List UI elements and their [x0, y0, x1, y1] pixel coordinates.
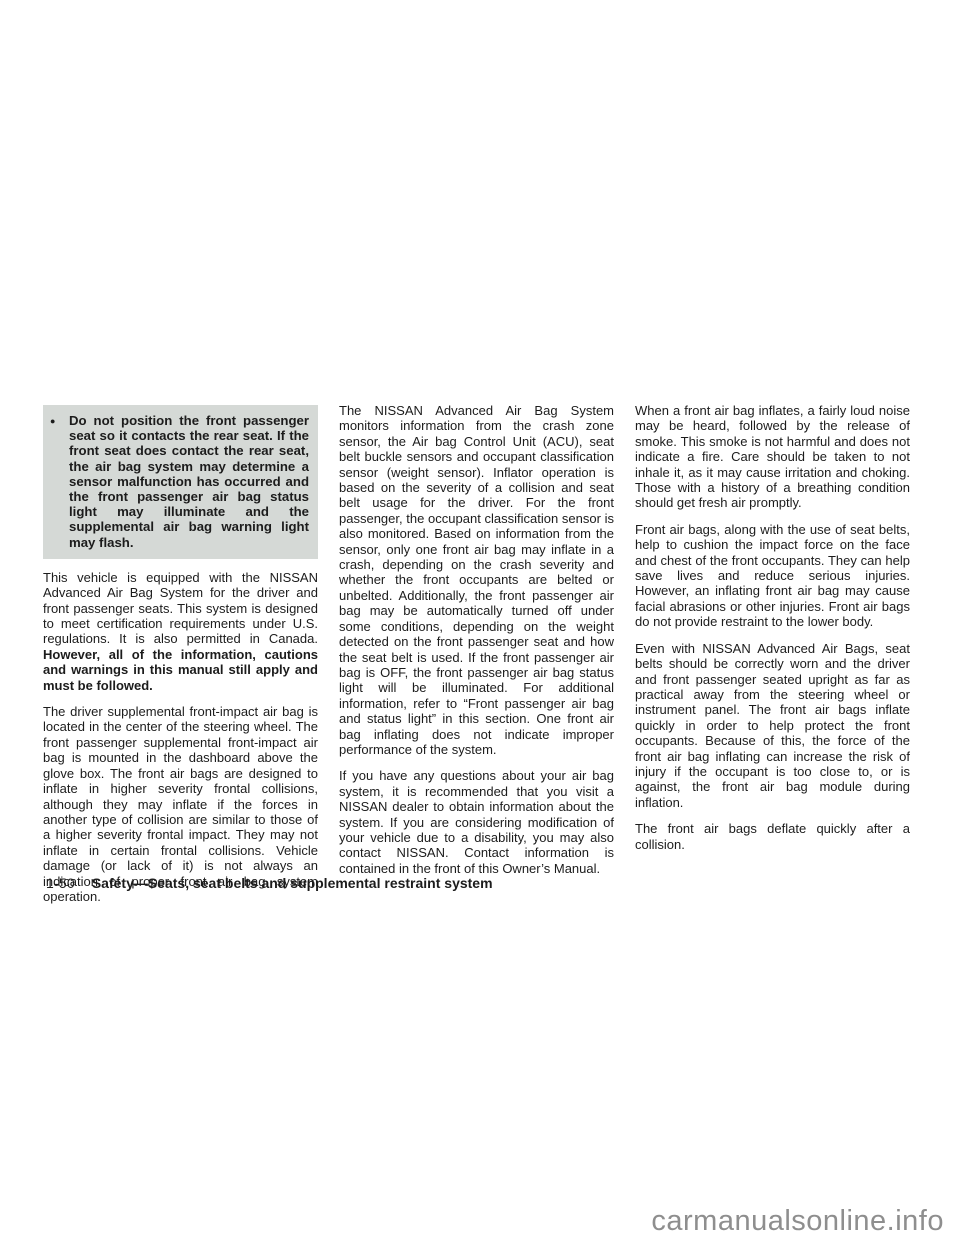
- footer-section-title: Safety—Seats, seat belts and supplementa…: [92, 875, 493, 891]
- body-paragraph: This vehicle is equipped with the NISSAN…: [43, 570, 318, 693]
- column-2: The NISSAN Advanced Air Bag System monit…: [339, 403, 614, 915]
- body-paragraph: The front air bags deflate quickly after…: [635, 821, 910, 852]
- column-3-paragraphs: When a front air bag inflates, a fairly …: [635, 403, 910, 852]
- bullet-icon: ●: [50, 413, 69, 550]
- column-2-paragraphs: The NISSAN Advanced Air Bag System monit…: [339, 403, 614, 876]
- body-paragraph: Front air bags, along with the use of se…: [635, 522, 910, 630]
- text-segment: Front air bags, along with the use of se…: [635, 522, 910, 629]
- manual-page: ● Do not position the front passenger se…: [0, 0, 960, 1242]
- column-3: When a front air bag inflates, a fairly …: [635, 403, 910, 915]
- footer: 1-50 Safety—Seats, seat belts and supple…: [46, 875, 493, 891]
- column-1: ● Do not position the front passenger se…: [43, 403, 318, 915]
- column-1-paragraphs: This vehicle is equipped with the NISSAN…: [43, 570, 318, 905]
- text-segment: The driver supplemental front-impact air…: [43, 704, 318, 904]
- text-segment: If you have any questions about your air…: [339, 768, 614, 875]
- body-paragraph: The NISSAN Advanced Air Bag System monit…: [339, 403, 614, 757]
- warning-box: ● Do not position the front passenger se…: [43, 405, 318, 559]
- body-paragraph: Even with NISSAN Advanced Air Bags, seat…: [635, 641, 910, 810]
- page-number: 1-50: [46, 875, 75, 891]
- text-segment: This vehicle is equipped with the NISSAN…: [43, 570, 318, 647]
- text-segment: When a front air bag inflates, a fairly …: [635, 403, 910, 510]
- text-segment: Even with NISSAN Advanced Air Bags, seat…: [635, 641, 910, 810]
- body-paragraph: If you have any questions about your air…: [339, 768, 614, 876]
- bold-text-segment: However, all of the information, caution…: [43, 647, 318, 693]
- body-paragraph: When a front air bag inflates, a fairly …: [635, 403, 910, 511]
- watermark: carmanualsonline.info: [651, 1206, 944, 1236]
- warning-box-text: Do not position the front passenger seat…: [69, 413, 309, 550]
- text-segment: The front air bags deflate quickly after…: [635, 821, 910, 851]
- text-segment: The NISSAN Advanced Air Bag System monit…: [339, 403, 614, 757]
- page-content: ● Do not position the front passenger se…: [43, 403, 911, 915]
